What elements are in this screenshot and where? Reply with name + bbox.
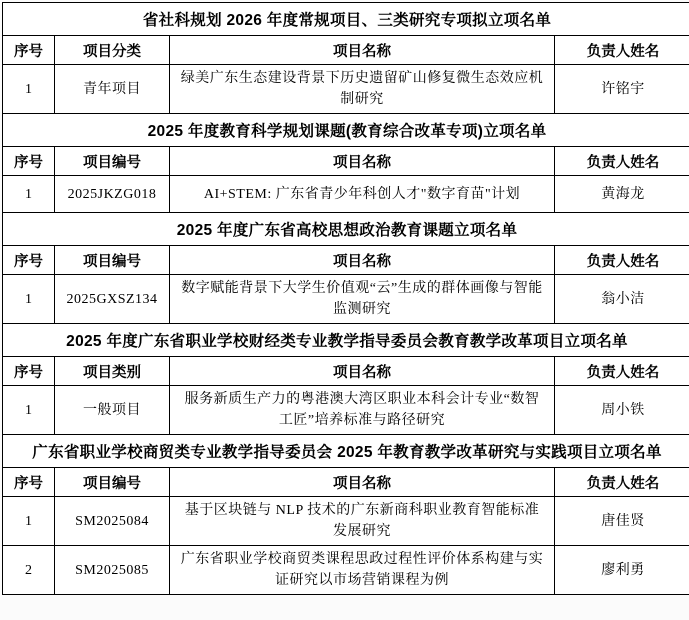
cell-category: 一般项目	[55, 386, 170, 435]
column-header: 负责人姓名	[555, 357, 689, 386]
column-header: 项目分类	[55, 36, 170, 65]
column-header: 序号	[3, 246, 55, 275]
cell-project-name: 绿美广东生态建设背景下历史遗留矿山修复微生态效应机制研究	[170, 65, 555, 114]
column-header: 项目名称	[170, 36, 555, 65]
cell-leader: 翁小洁	[555, 275, 689, 324]
cell-category: SM2025085	[55, 546, 170, 595]
table-row: 2SM2025085广东省职业学校商贸类课程思政过程性评价体系构建与实证研究以市…	[3, 546, 689, 595]
header-row: 序号项目编号项目名称负责人姓名	[3, 147, 689, 176]
column-header: 项目名称	[170, 246, 555, 275]
cell-project-name: 数字赋能背景下大学生价值观“云”生成的群体画像与智能监测研究	[170, 275, 555, 324]
cell-category: 2025GXSZ134	[55, 275, 170, 324]
table-row: 1一般项目服务新质生产力的粤港澳大湾区职业本科会计专业“数智工匠”培养标准与路径…	[3, 386, 689, 435]
column-header: 序号	[3, 357, 55, 386]
cell-project-name: 基于区块链与 NLP 技术的广东新商科职业教育智能标准发展研究	[170, 497, 555, 546]
column-header: 项目名称	[170, 468, 555, 497]
cell-seq: 2	[3, 546, 55, 595]
cell-category: SM2025084	[55, 497, 170, 546]
column-header: 负责人姓名	[555, 468, 689, 497]
cell-seq: 1	[3, 176, 55, 213]
column-header: 负责人姓名	[555, 36, 689, 65]
column-header: 项目名称	[170, 357, 555, 386]
table-row: 1青年项目绿美广东生态建设背景下历史遗留矿山修复微生态效应机制研究许铭宇	[3, 65, 689, 114]
cell-seq: 1	[3, 275, 55, 324]
cell-seq: 1	[3, 386, 55, 435]
section-title-row: 省社科规划 2026 年度常规项目、三类研究专项拟立项名单	[3, 3, 689, 36]
column-header: 项目编号	[55, 468, 170, 497]
section-title: 2025 年度广东省职业学校财经类专业教学指导委员会教育教学改革项目立项名单	[3, 324, 689, 357]
section-title: 2025 年度教育科学规划课题(教育综合改革专项)立项名单	[3, 114, 689, 147]
section-title-row: 2025 年度教育科学规划课题(教育综合改革专项)立项名单	[3, 114, 689, 147]
cell-leader: 廖利勇	[555, 546, 689, 595]
cell-leader: 周小铁	[555, 386, 689, 435]
section-title-row: 2025 年度广东省职业学校财经类专业教学指导委员会教育教学改革项目立项名单	[3, 324, 689, 357]
column-header: 项目名称	[170, 147, 555, 176]
section-title-row: 广东省职业学校商贸类专业教学指导委员会 2025 年教育教学改革研究与实践项目立…	[3, 435, 689, 468]
column-header: 负责人姓名	[555, 246, 689, 275]
column-header: 序号	[3, 147, 55, 176]
cell-project-name: 服务新质生产力的粤港澳大湾区职业本科会计专业“数智工匠”培养标准与路径研究	[170, 386, 555, 435]
cell-seq: 1	[3, 497, 55, 546]
projects-table-body: 省社科规划 2026 年度常规项目、三类研究专项拟立项名单序号项目分类项目名称负…	[3, 3, 689, 595]
cell-project-name: AI+STEM: 广东省青少年科创人才"数字育苗"计划	[170, 176, 555, 213]
header-row: 序号项目编号项目名称负责人姓名	[3, 246, 689, 275]
cell-project-name: 广东省职业学校商贸类课程思政过程性评价体系构建与实证研究以市场营销课程为例	[170, 546, 555, 595]
column-header: 项目编号	[55, 147, 170, 176]
column-header: 序号	[3, 468, 55, 497]
column-header: 项目类别	[55, 357, 170, 386]
section-title: 2025 年度广东省高校思想政治教育课题立项名单	[3, 213, 689, 246]
section-title-row: 2025 年度广东省高校思想政治教育课题立项名单	[3, 213, 689, 246]
column-header: 序号	[3, 36, 55, 65]
header-row: 序号项目分类项目名称负责人姓名	[3, 36, 689, 65]
table-row: 12025JKZG018AI+STEM: 广东省青少年科创人才"数字育苗"计划黄…	[3, 176, 689, 213]
section-title: 省社科规划 2026 年度常规项目、三类研究专项拟立项名单	[3, 3, 689, 36]
table-row: 1SM2025084基于区块链与 NLP 技术的广东新商科职业教育智能标准发展研…	[3, 497, 689, 546]
header-row: 序号项目类别项目名称负责人姓名	[3, 357, 689, 386]
cell-leader: 黄海龙	[555, 176, 689, 213]
header-row: 序号项目编号项目名称负责人姓名	[3, 468, 689, 497]
projects-table: 省社科规划 2026 年度常规项目、三类研究专项拟立项名单序号项目分类项目名称负…	[2, 2, 689, 595]
cell-leader: 唐佳贤	[555, 497, 689, 546]
table-row: 12025GXSZ134数字赋能背景下大学生价值观“云”生成的群体画像与智能监测…	[3, 275, 689, 324]
cell-category: 青年项目	[55, 65, 170, 114]
cell-category: 2025JKZG018	[55, 176, 170, 213]
column-header: 项目编号	[55, 246, 170, 275]
cell-seq: 1	[3, 65, 55, 114]
cell-leader: 许铭宇	[555, 65, 689, 114]
section-title: 广东省职业学校商贸类专业教学指导委员会 2025 年教育教学改革研究与实践项目立…	[3, 435, 689, 468]
column-header: 负责人姓名	[555, 147, 689, 176]
